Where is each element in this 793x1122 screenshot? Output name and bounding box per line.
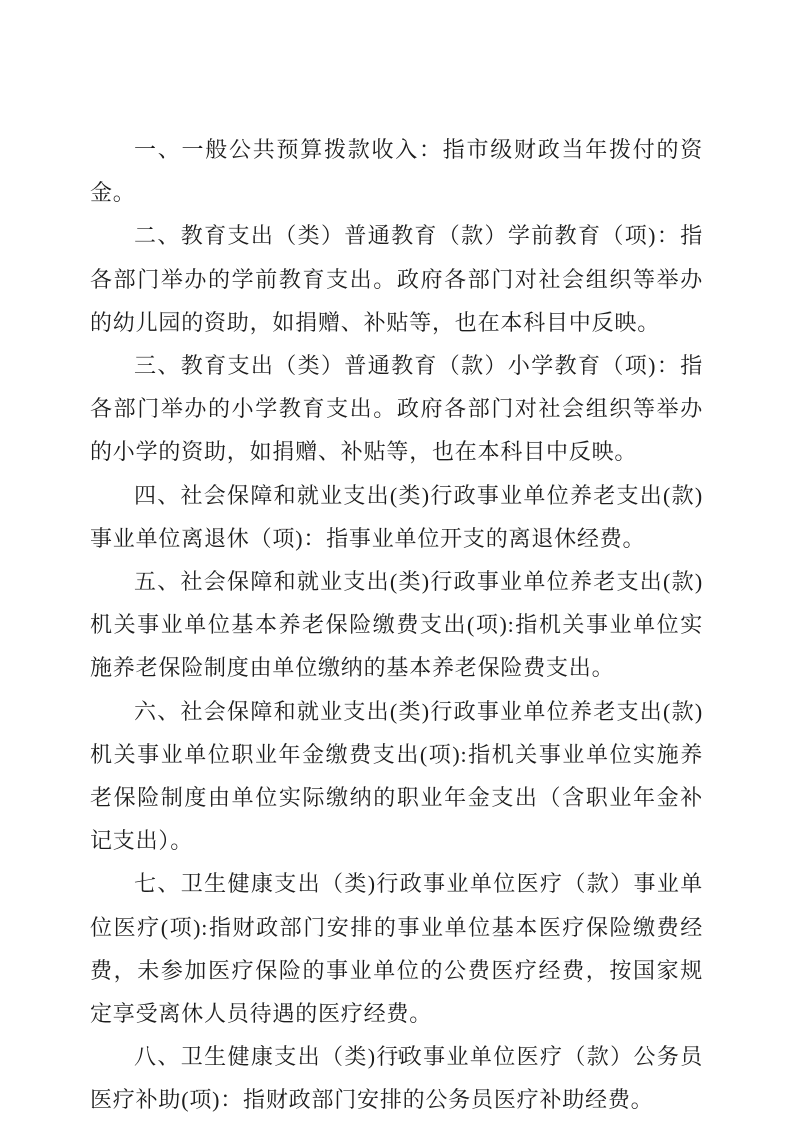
paragraph-5: 五、社会保障和就业支出(类)行政事业单位养老支出(款)机关事业单位基本养老保险缴…: [90, 560, 703, 690]
paragraph-4: 四、社会保障和就业支出(类)行政事业单位养老支出(款)事业单位离退休（项)：指事…: [90, 474, 703, 560]
paragraph-3: 三、教育支出（类）普通教育（款）小学教育（项)：指各部门举办的小学教育支出。政府…: [90, 344, 703, 474]
document-body: 一、一般公共预算拨款收入：指市级财政当年拨付的资金。 二、教育支出（类）普通教育…: [90, 128, 703, 1122]
paragraph-2: 二、教育支出（类）普通教育（款）学前教育（项)：指各部门举办的学前教育支出。政府…: [90, 214, 703, 344]
paragraph-7: 七、卫生健康支出（类)行政事业单位医疗（款）事业单位医疗(项):指财政部门安排的…: [90, 862, 703, 1035]
paragraph-6: 六、社会保障和就业支出(类)行政事业单位养老支出(款)机关事业单位职业年金缴费支…: [90, 690, 703, 863]
page-number: 11: [0, 1047, 793, 1064]
document-page: 一、一般公共预算拨款收入：指市级财政当年拨付的资金。 二、教育支出（类）普通教育…: [0, 0, 793, 1122]
paragraph-1: 一、一般公共预算拨款收入：指市级财政当年拨付的资金。: [90, 128, 703, 214]
